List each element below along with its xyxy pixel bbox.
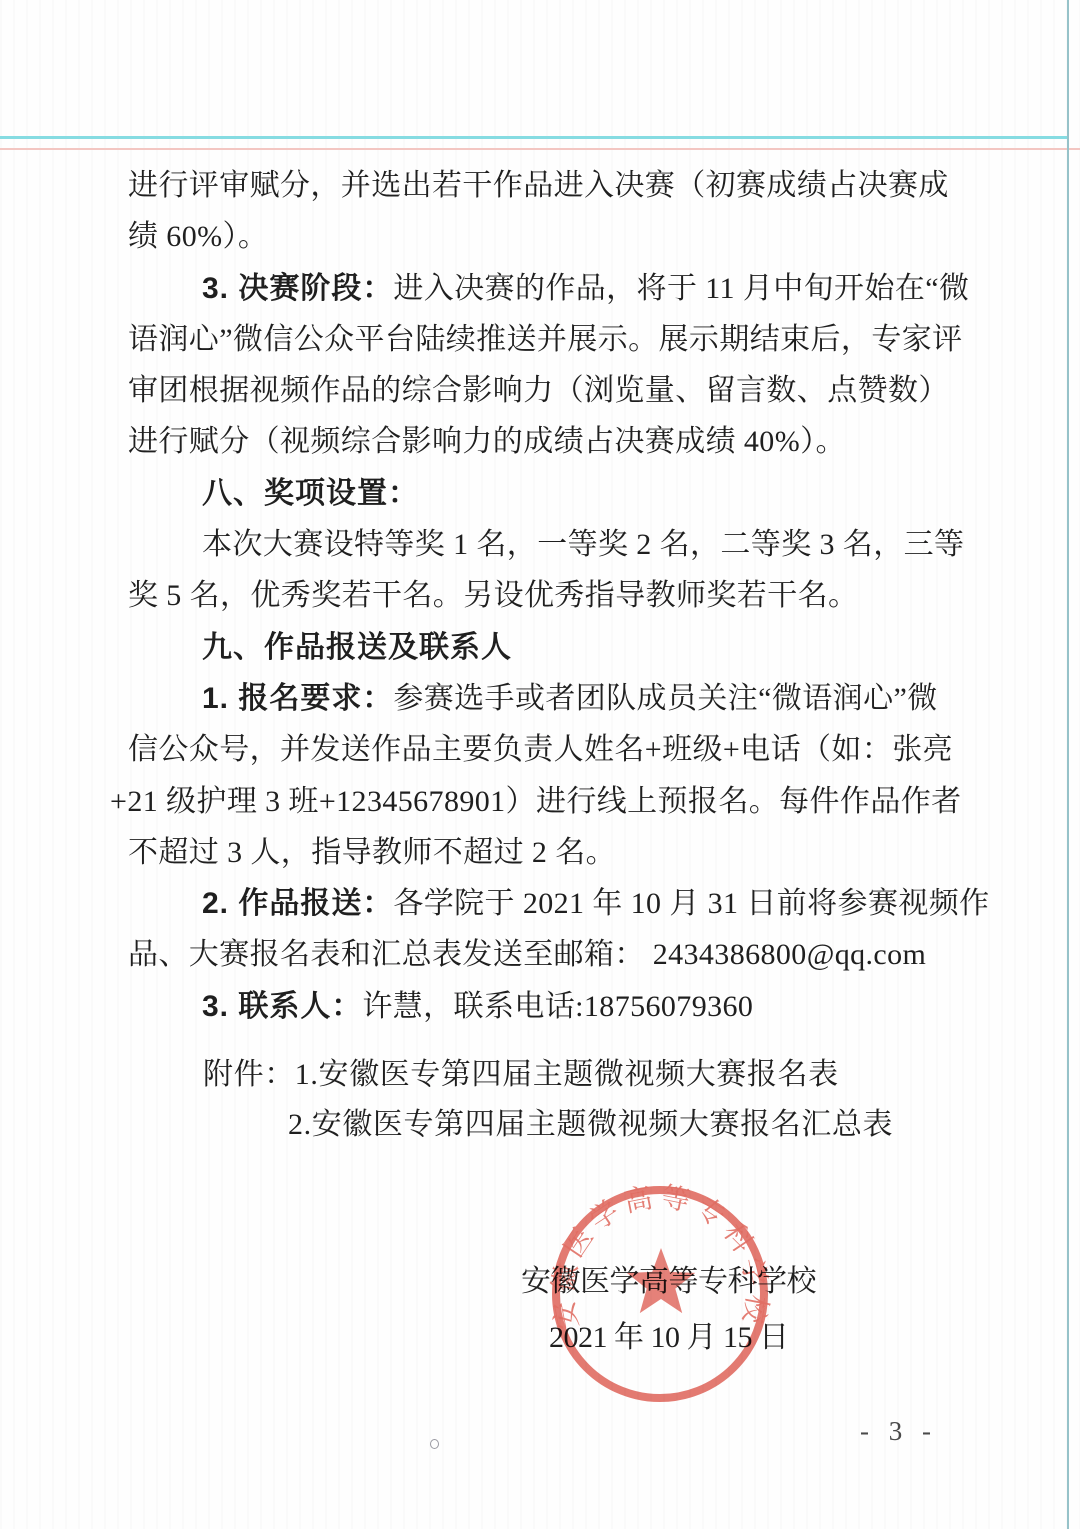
- page-number: - 3 -: [860, 1416, 933, 1447]
- official-seal: 安徽医学高等专科学校: [544, 1178, 776, 1410]
- line-label: 3. 决赛阶段：: [202, 272, 393, 305]
- line-text: 不超过 3 人，指导教师不超过 2 名。: [128, 836, 616, 869]
- line-label: 3. 联系人：: [202, 990, 362, 1023]
- body-line: 3. 决赛阶段：进入决赛的作品，将于 11 月中旬开始在“微: [128, 263, 958, 314]
- line-text: +21 级护理 3 班+12345678901）进行线上预报名。每件作品作者: [110, 785, 962, 818]
- seal-star-icon: [627, 1248, 695, 1313]
- body-line: 2. 作品报送：各学院于 2021 年 10 月 31 日前将参赛视频作: [128, 878, 958, 929]
- line-text: 进行评审赋分，并选出若干作品进入决赛（初赛成绩占决赛成: [128, 169, 949, 202]
- attachments-block: 附件：1.安徽医专第四届主题微视频大赛报名表 2.安徽医专第四届主题微视频大赛报…: [203, 1050, 893, 1150]
- line-text: 各学院于 2021 年 10 月 31 日前将参赛视频作: [393, 887, 989, 920]
- body-line: 3. 联系人：许慧，联系电话:18756079360: [128, 981, 958, 1032]
- body-line: +21 级护理 3 班+12345678901）进行线上预报名。每件作品作者: [110, 776, 958, 827]
- document-page: 进行评审赋分，并选出若干作品进入决赛（初赛成绩占决赛成 绩 60%）。 3. 决…: [0, 0, 1080, 1529]
- line-text: 进入决赛的作品，将于 11 月中旬开始在“微: [393, 272, 969, 305]
- body-line: 信公众号，并发送作品主要负责人姓名+班级+电话（如：张亮: [128, 724, 958, 775]
- attachment-text: 2.安徽医专第四届主题微视频大赛报名汇总表: [288, 1108, 893, 1141]
- body-line: 本次大赛设特等奖 1 名，一等奖 2 名，二等奖 3 名，三等: [128, 519, 958, 570]
- top-pink-rule: [0, 148, 1080, 150]
- line-text: 许慧，联系电话:18756079360: [362, 990, 753, 1023]
- line-label: 1. 报名要求：: [202, 682, 393, 715]
- scan-artifact: [430, 1439, 439, 1449]
- line-text: 信公众号，并发送作品主要负责人姓名+班级+电话（如：张亮: [128, 733, 953, 766]
- body-line: 进行评审赋分，并选出若干作品进入决赛（初赛成绩占决赛成: [128, 160, 958, 211]
- attachment-text: 附件：1.安徽医专第四届主题微视频大赛报名表: [203, 1058, 839, 1091]
- line-text: 语润心”微信公众平台陆续推送并展示。展示期结束后，专家评: [128, 323, 963, 356]
- attachment-line: 附件：1.安徽医专第四届主题微视频大赛报名表: [203, 1050, 893, 1100]
- line-text: 本次大赛设特等奖 1 名，一等奖 2 名，二等奖 3 名，三等: [202, 528, 964, 561]
- body-line: 1. 报名要求：参赛选手或者团队成员关注“微语润心”微: [128, 673, 958, 724]
- right-margin-rule: [1067, 0, 1069, 1529]
- top-cyan-rule: [0, 136, 1069, 139]
- body-line: 语润心”微信公众平台陆续推送并展示。展示期结束后，专家评: [128, 314, 958, 365]
- body-line: 品、大赛报名表和汇总表发送至邮箱： 2434386800@qq.com: [128, 929, 958, 980]
- line-text: 品、大赛报名表和汇总表发送至邮箱： 2434386800@qq.com: [128, 938, 926, 971]
- body-line: 审团根据视频作品的综合影响力（浏览量、留言数、点赞数）: [128, 365, 958, 416]
- body-line: 奖 5 名，优秀奖若干名。另设优秀指导教师奖若干名。: [128, 570, 958, 621]
- line-text: 进行赋分（视频综合影响力的成绩占决赛成绩 40%）。: [128, 425, 846, 458]
- line-label: 九、作品报送及联系人: [202, 631, 512, 664]
- body-text: 进行评审赋分，并选出若干作品进入决赛（初赛成绩占决赛成 绩 60%）。 3. 决…: [128, 160, 958, 1032]
- line-label: 2. 作品报送：: [202, 887, 393, 920]
- line-text: 绩 60%）。: [128, 220, 268, 253]
- body-line: 绩 60%）。: [128, 211, 958, 262]
- line-text: 参赛选手或者团队成员关注“微语润心”微: [393, 682, 937, 715]
- attachment-line: 2.安徽医专第四届主题微视频大赛报名汇总表: [288, 1100, 893, 1150]
- section-heading: 八、奖项设置：: [128, 468, 958, 519]
- line-label: 八、奖项设置：: [202, 477, 419, 510]
- section-heading: 九、作品报送及联系人: [128, 622, 958, 673]
- line-text: 审团根据视频作品的综合影响力（浏览量、留言数、点赞数）: [128, 374, 949, 407]
- body-line: 进行赋分（视频综合影响力的成绩占决赛成绩 40%）。: [128, 416, 958, 467]
- body-line: 不超过 3 人，指导教师不超过 2 名。: [128, 827, 958, 878]
- line-text: 奖 5 名，优秀奖若干名。另设优秀指导教师奖若干名。: [128, 579, 858, 612]
